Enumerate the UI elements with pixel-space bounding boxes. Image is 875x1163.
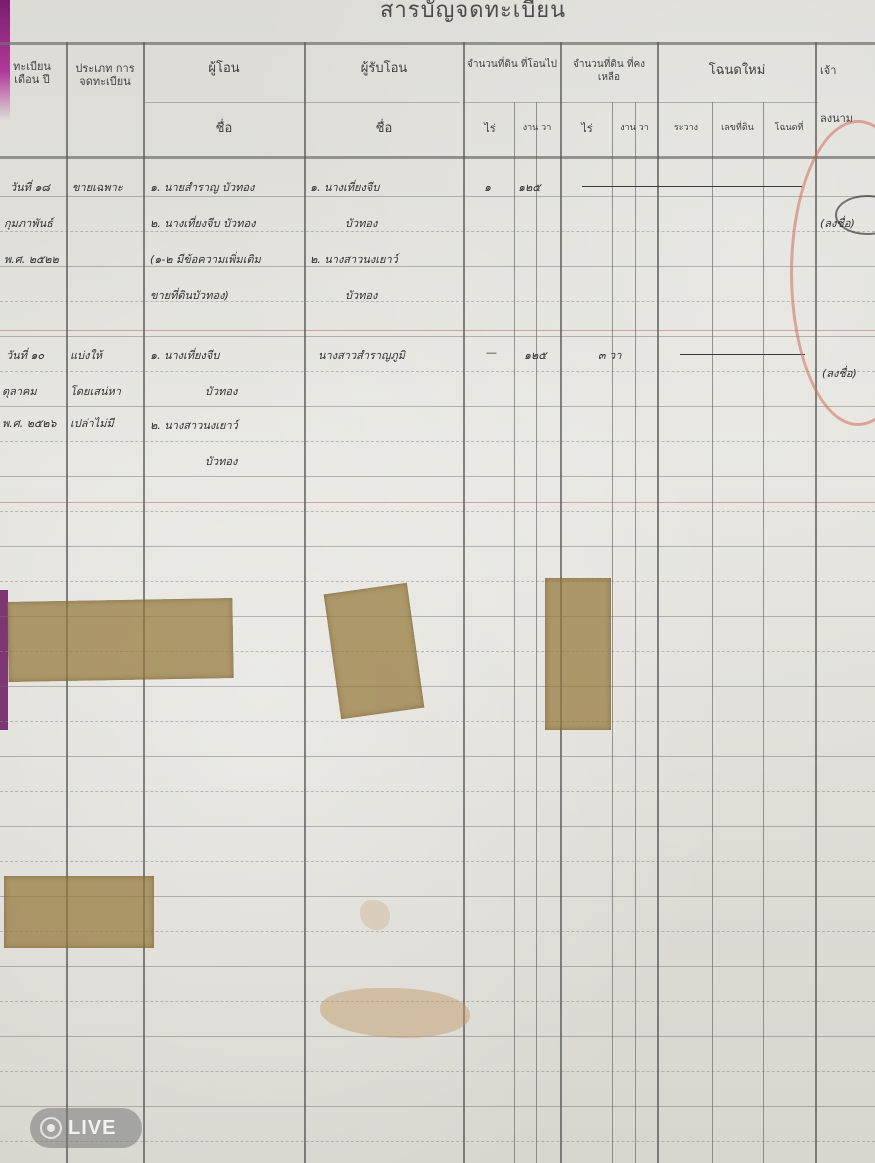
entry-type: ขายเฉพาะ — [72, 178, 123, 196]
entry-area-ngan-wa: ๑๒๕ — [524, 346, 547, 364]
entry-grantor-line: บัวทอง — [205, 452, 237, 470]
entry-grantee-line: ๒. นางสาวนงเยาว์ — [310, 250, 398, 268]
entry-type-line: แบ่งให้ — [70, 346, 102, 364]
document-title: สารบัญจดทะเบียน — [380, 0, 566, 27]
column-divider — [712, 102, 713, 1163]
row-guide-line — [0, 791, 875, 792]
column-divider — [612, 102, 613, 1163]
row-guide-line — [0, 196, 875, 197]
header-grantee: ผู้รับโอน — [306, 62, 462, 75]
entry-date-line: พ.ศ. ๒๕๒๒ — [4, 250, 59, 268]
tape-piece — [324, 583, 425, 719]
header-officer: เจ้า — [820, 64, 875, 77]
header-unit-rai: ไร่ — [562, 122, 612, 135]
entry-date-line: ตุลาคม — [2, 382, 37, 400]
entry-remaining: ๓ วา — [598, 346, 621, 364]
entry-grantee-line: นางสาวสำราญภูมิ — [318, 346, 405, 364]
header-grantor: ผู้โอน — [146, 62, 302, 75]
row-guide-line — [0, 441, 875, 442]
entry-date-line: วันที่ ๑๘ — [10, 178, 50, 196]
entry-grantee-line: บัวทอง — [345, 214, 377, 232]
blank-dash — [582, 186, 802, 187]
entry-area-rai: ๑ — [484, 178, 491, 196]
entry-type-line: โดยเสน่หา — [70, 382, 121, 400]
entry-area-rai: — — [486, 346, 497, 359]
header-deed-number: โฉนดที่ — [763, 122, 815, 135]
entry-grantor-line: บัวทอง — [205, 382, 237, 400]
header-date: ทะเบียน เดือน ปี — [0, 60, 64, 86]
header-land-number: เลขที่ดิน — [712, 122, 763, 135]
entry-area-ngan-wa: ๑๒๕ — [518, 178, 541, 196]
row-guide-line — [0, 826, 875, 827]
header-unit-rai: ไร่ — [466, 122, 514, 135]
column-divider — [635, 102, 636, 1163]
row-guide-line — [0, 266, 875, 267]
row-guide-line — [0, 511, 875, 512]
row-guide-line — [0, 861, 875, 862]
live-label: LIVE — [68, 1117, 116, 1140]
entry-date-line: พ.ศ. ๒๕๒๖ — [2, 414, 57, 432]
entry-separator-line — [0, 330, 875, 331]
entry-grantee-line: บัวทอง — [345, 286, 377, 304]
tape-piece — [545, 578, 611, 730]
live-photo-icon — [40, 1117, 62, 1139]
header-registration-type: ประเภท การ จดทะเบียน — [68, 62, 142, 88]
entry-grantor-line: ๒. นางสาวนงเยาว์ — [150, 416, 238, 434]
header-grantee-name: ชื่อ — [306, 122, 462, 135]
header-area-remaining: จำนวนที่ดิน ที่คงเหลือ — [562, 58, 656, 84]
column-divider — [514, 102, 515, 1163]
entry-grantee-line: ๑. นางเที่ยงจีบ — [310, 178, 379, 196]
column-divider — [657, 42, 659, 1163]
entry-date-line: กุมภาพันธ์ — [4, 214, 53, 232]
row-guide-line — [0, 546, 875, 547]
row-guide-line — [0, 231, 875, 232]
column-divider — [463, 42, 465, 1163]
row-guide-line — [0, 336, 875, 337]
row-guide-line — [0, 1071, 875, 1072]
entry-grantor-line: (๑-๒ มีข้อความเพิ่มเติม — [150, 250, 261, 268]
row-guide-line — [0, 1036, 875, 1037]
header-grantor-name: ชื่อ — [146, 122, 302, 135]
column-divider — [304, 42, 306, 1163]
entry-grantor-line: ขายที่ดินบัวทอง) — [150, 286, 229, 304]
entry-separator-line — [0, 502, 875, 503]
row-guide-line — [0, 686, 875, 687]
entry-type-line: เปล่าไม่มี — [70, 414, 114, 432]
live-photo-badge[interactable]: LIVE — [30, 1108, 142, 1148]
header-area-transferred: จำนวนที่ดิน ที่โอนไป — [466, 58, 558, 71]
entry-grantor-line: ๑. นายสำราญ บัวทอง — [150, 178, 254, 196]
row-guide-line — [0, 301, 875, 302]
row-guide-line — [0, 756, 875, 757]
column-divider — [763, 102, 764, 1163]
row-guide-line — [0, 721, 875, 722]
header-divider — [145, 102, 460, 103]
header-new-deed: โฉนดใหม่ — [660, 64, 814, 77]
row-guide-line — [0, 406, 875, 407]
entry-date-line: วันที่ ๑๐ — [6, 346, 44, 364]
header-sheet: ระวาง — [660, 122, 712, 135]
row-guide-line — [0, 1106, 875, 1107]
header-unit-ngan-wa: งาน วา — [612, 122, 657, 135]
row-guide-line — [0, 371, 875, 372]
blank-dash — [680, 354, 805, 355]
header-divider — [463, 102, 818, 103]
tape-piece — [7, 598, 233, 682]
tape-piece — [4, 876, 154, 948]
row-guide-line — [0, 581, 875, 582]
column-divider — [536, 102, 537, 1163]
row-guide-line — [0, 966, 875, 967]
entry-grantor-line: ๒. นางเที่ยงจีบ บัวทอง — [150, 214, 255, 232]
table-top-border — [0, 42, 875, 45]
header-bottom-border — [0, 156, 875, 159]
entry-grantor-line: ๑. นางเที่ยงจีบ — [150, 346, 219, 364]
row-guide-line — [0, 476, 875, 477]
header-unit-ngan-wa: งาน วา — [514, 122, 560, 135]
